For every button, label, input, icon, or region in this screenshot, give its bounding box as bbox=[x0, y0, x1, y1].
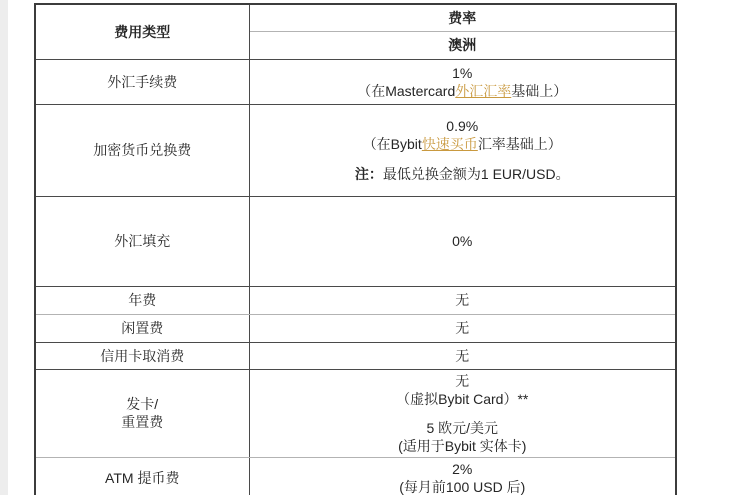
row-value-inactivity-fee: 无 bbox=[249, 314, 676, 342]
row-value-atm-withdrawal-fee: 2% (每月前100 USD 后) bbox=[249, 457, 676, 495]
row-label-crypto-conversion: 加密货币兑换费 bbox=[35, 104, 249, 196]
label-line-1: 发卡/ bbox=[44, 395, 241, 413]
row-label-annual-fee: 年费 bbox=[35, 286, 249, 314]
fee-table: 费用类型 费率 澳洲 外汇手续费 1% （在Mastercard外汇汇率基础上）… bbox=[34, 3, 677, 495]
table-row: 加密货币兑换费 0.9% （在Bybit快速买币汇率基础上） 注：最低兑换金额为… bbox=[35, 104, 676, 196]
row-value-fx-fee: 1% （在Mastercard外汇汇率基础上） bbox=[249, 59, 676, 104]
label-line-2: 重置费 bbox=[44, 413, 241, 431]
table-row: 外汇填充 0% bbox=[35, 196, 676, 286]
row-label-issuance-reset-fee: 发卡/ 重置费 bbox=[35, 369, 249, 457]
fee-rate-value: 1% bbox=[258, 64, 668, 82]
table-row: 年费 无 bbox=[35, 286, 676, 314]
row-label-card-cancellation-fee: 信用卡取消费 bbox=[35, 342, 249, 369]
virtual-card-fee: 无 bbox=[258, 372, 668, 390]
fee-type-header: 费用类型 bbox=[35, 4, 249, 59]
fee-rate-basis: （在Mastercard外汇汇率基础上） bbox=[258, 82, 668, 100]
row-label-atm-withdrawal-fee: ATM 提币费 bbox=[35, 457, 249, 495]
one-click-buy-link[interactable]: 快速买币 bbox=[422, 136, 478, 152]
fee-note: 注：最低兑换金额为1 EUR/USD。 bbox=[258, 165, 668, 183]
table-row: 发卡/ 重置费 无 （虚拟Bybit Card）** 5 欧元/美元 (适用于B… bbox=[35, 369, 676, 457]
note-label: 注： bbox=[355, 166, 383, 182]
table-row: 外汇手续费 1% （在Mastercard外汇汇率基础上） bbox=[35, 59, 676, 104]
note-text: 最低兑换金额为1 EUR/USD。 bbox=[383, 166, 570, 182]
physical-card-note: (适用于Bybit 实体卡) bbox=[258, 437, 668, 455]
row-label-fx-fee: 外汇手续费 bbox=[35, 59, 249, 104]
header-row-top: 费用类型 费率 bbox=[35, 4, 676, 31]
row-value-fx-topup: 0% bbox=[249, 196, 676, 286]
spacer bbox=[258, 408, 668, 419]
row-label-inactivity-fee: 闲置费 bbox=[35, 314, 249, 342]
region-header: 澳洲 bbox=[249, 31, 676, 59]
row-value-annual-fee: 无 bbox=[249, 286, 676, 314]
virtual-card-note: （虚拟Bybit Card）** bbox=[258, 390, 668, 408]
fee-rate-value: 0.9% bbox=[258, 117, 668, 135]
basis-suffix: 基础上） bbox=[511, 83, 567, 99]
fx-rate-link[interactable]: 外汇汇率 bbox=[455, 83, 511, 99]
atm-fee-rate: 2% bbox=[258, 460, 668, 478]
table-row: 信用卡取消费 无 bbox=[35, 342, 676, 369]
row-value-crypto-conversion: 0.9% （在Bybit快速买币汇率基础上） 注：最低兑换金额为1 EUR/US… bbox=[249, 104, 676, 196]
row-value-issuance-reset-fee: 无 （虚拟Bybit Card）** 5 欧元/美元 (适用于Bybit 实体卡… bbox=[249, 369, 676, 457]
page: 费用类型 费率 澳洲 外汇手续费 1% （在Mastercard外汇汇率基础上）… bbox=[0, 0, 750, 495]
atm-fee-note: (每月前100 USD 后) bbox=[258, 478, 668, 495]
basis-prefix: （在Bybit bbox=[363, 136, 422, 152]
table-row: 闲置费 无 bbox=[35, 314, 676, 342]
fee-rate-basis: （在Bybit快速买币汇率基础上） bbox=[258, 135, 668, 153]
row-value-card-cancellation-fee: 无 bbox=[249, 342, 676, 369]
physical-card-fee: 5 欧元/美元 bbox=[258, 419, 668, 437]
row-label-fx-topup: 外汇填充 bbox=[35, 196, 249, 286]
basis-suffix: 汇率基础上） bbox=[478, 136, 562, 152]
page-left-edge bbox=[0, 0, 8, 495]
rate-header: 费率 bbox=[249, 4, 676, 31]
basis-prefix: （在Mastercard bbox=[357, 83, 455, 99]
table-row: ATM 提币费 2% (每月前100 USD 后) bbox=[35, 457, 676, 495]
